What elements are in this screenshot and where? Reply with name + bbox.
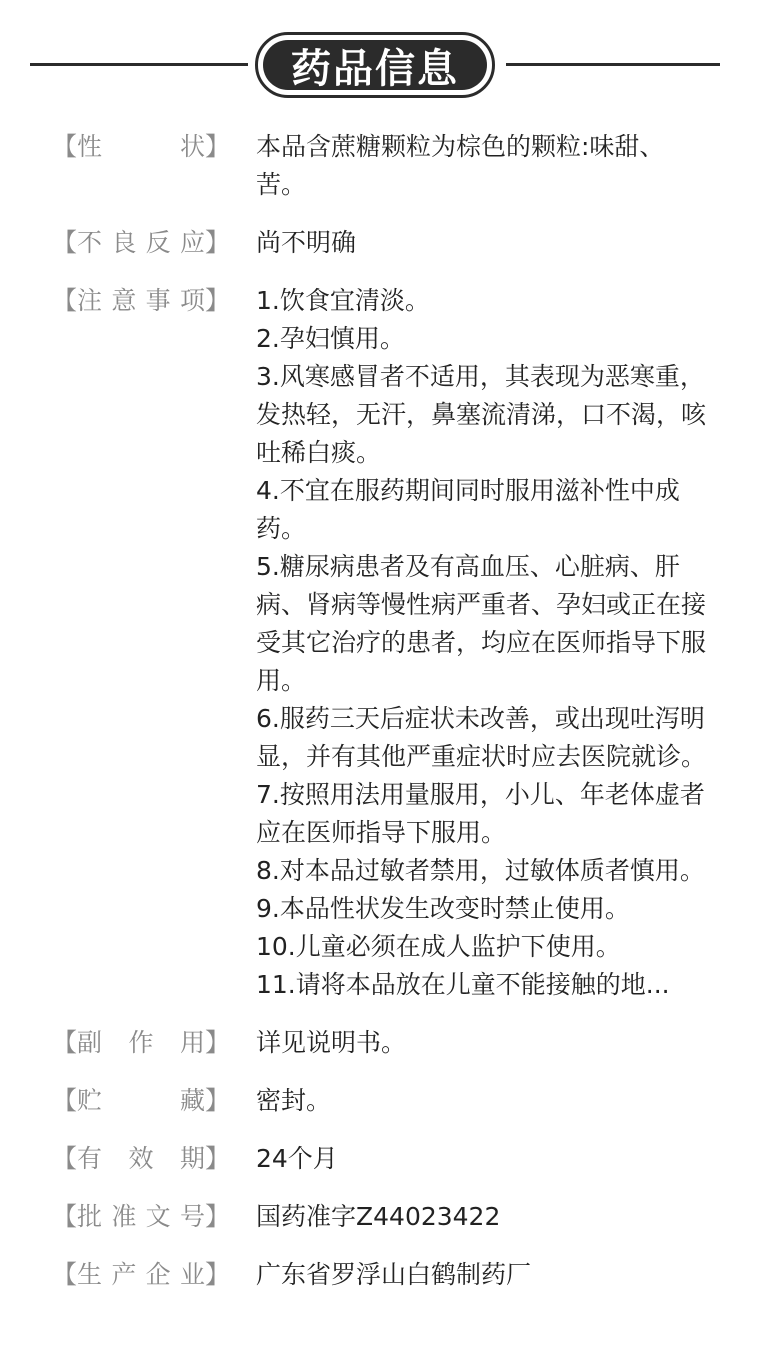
drug-info-list: 【性 状】 本品含蔗糖颗粒为棕色的颗粒:味甜、苦。 【不 良 反 应】 尚不明确… [0, 128, 760, 1314]
precaution-item: 9.本品性状发生改变时禁止使用。 [256, 890, 706, 928]
label-char: 期】 [180, 1140, 230, 1178]
section-title: 药品信息 [291, 37, 459, 94]
precaution-item: 8.对本品过敏者禁用，过敏体质者慎用。 [256, 852, 706, 890]
label-char: 【不 [52, 224, 102, 262]
precautions-list: 1.饮食宜清淡。 2.孕妇慎用。 3.风寒感冒者不适用，其表现为恶寒重，发热轻，… [256, 282, 706, 1004]
label-char: 准 [111, 1198, 136, 1236]
title-badge: 药品信息 [255, 32, 495, 98]
precaution-item: 1.饮食宜清淡。 [256, 282, 706, 320]
label-char: 【性 [52, 128, 102, 166]
info-row-approval-number: 【批 准 文 号】 国药准字Z44023422 [0, 1198, 760, 1236]
label-char: 产 [111, 1256, 136, 1294]
label-char: 【注 [52, 282, 102, 320]
info-row-properties: 【性 状】 本品含蔗糖颗粒为棕色的颗粒:味甜、苦。 [0, 128, 760, 204]
label-char: 应】 [180, 224, 230, 262]
precaution-item: 11.请将本品放在儿童不能接触的地... [256, 966, 706, 1004]
info-value: 密封。 [256, 1082, 706, 1120]
info-label: 【有 效 期】 [0, 1140, 256, 1178]
label-char: 状】 [180, 128, 230, 166]
info-value: 本品含蔗糖颗粒为棕色的颗粒:味甜、苦。 [256, 128, 706, 204]
info-label: 【不 良 反 应】 [0, 224, 256, 262]
label-char: 藏】 [180, 1082, 230, 1120]
info-label: 【性 状】 [0, 128, 256, 166]
info-value: 尚不明确 [256, 224, 706, 262]
label-char: 事 [146, 282, 171, 320]
header-divider-right [506, 63, 720, 66]
info-value: 详见说明书。 [256, 1024, 706, 1062]
label-char: 企 [146, 1256, 171, 1294]
label-char: 用】 [180, 1024, 230, 1062]
label-char: 【有 [52, 1140, 102, 1178]
label-char: 【生 [52, 1256, 102, 1294]
label-char: 良 [111, 224, 136, 262]
info-label: 【批 准 文 号】 [0, 1198, 256, 1236]
label-char: 【批 [52, 1198, 102, 1236]
label-char: 【副 [52, 1024, 102, 1062]
info-value: 24个月 [256, 1140, 706, 1178]
label-char: 作 [128, 1024, 153, 1062]
info-value: 国药准字Z44023422 [256, 1198, 706, 1236]
info-value: 广东省罗浮山白鹤制药厂 [256, 1256, 706, 1294]
info-label: 【副 作 用】 [0, 1024, 256, 1062]
header-divider-left [30, 63, 248, 66]
info-row-shelf-life: 【有 效 期】 24个月 [0, 1140, 760, 1178]
info-row-storage: 【贮 藏】 密封。 [0, 1082, 760, 1120]
label-char: 项】 [180, 282, 230, 320]
precaution-item: 6.服药三天后症状未改善，或出现吐泻明显，并有其他严重症状时应去医院就诊。 [256, 700, 706, 776]
title-badge-fill: 药品信息 [263, 40, 487, 90]
info-row-precautions: 【注 意 事 项】 1.饮食宜清淡。 2.孕妇慎用。 3.风寒感冒者不适用，其表… [0, 282, 760, 1004]
section-header: 药品信息 [0, 0, 760, 110]
precaution-item: 3.风寒感冒者不适用，其表现为恶寒重，发热轻，无汗，鼻塞流清涕，口不渴，咳吐稀白… [256, 358, 706, 472]
label-char: 意 [111, 282, 136, 320]
info-row-side-effects: 【副 作 用】 详见说明书。 [0, 1024, 760, 1062]
label-char: 文 [146, 1198, 171, 1236]
precaution-item: 4.不宜在服药期间同时服用滋补性中成药。 [256, 472, 706, 548]
info-label: 【注 意 事 项】 [0, 282, 256, 320]
precaution-item: 2.孕妇慎用。 [256, 320, 706, 358]
info-row-manufacturer: 【生 产 企 业】 广东省罗浮山白鹤制药厂 [0, 1256, 760, 1294]
info-label: 【贮 藏】 [0, 1082, 256, 1120]
precaution-item: 10.儿童必须在成人监护下使用。 [256, 928, 706, 966]
label-char: 号】 [180, 1198, 230, 1236]
info-row-adverse-reactions: 【不 良 反 应】 尚不明确 [0, 224, 760, 262]
precaution-item: 5.糖尿病患者及有高血压、心脏病、肝病、肾病等慢性病严重者、孕妇或正在接受其它治… [256, 548, 706, 700]
label-char: 业】 [180, 1256, 230, 1294]
label-char: 【贮 [52, 1082, 102, 1120]
label-char: 反 [146, 224, 171, 262]
label-char: 效 [128, 1140, 153, 1178]
info-label: 【生 产 企 业】 [0, 1256, 256, 1294]
precaution-item: 7.按照用法用量服用，小儿、年老体虚者应在医师指导下服用。 [256, 776, 706, 852]
